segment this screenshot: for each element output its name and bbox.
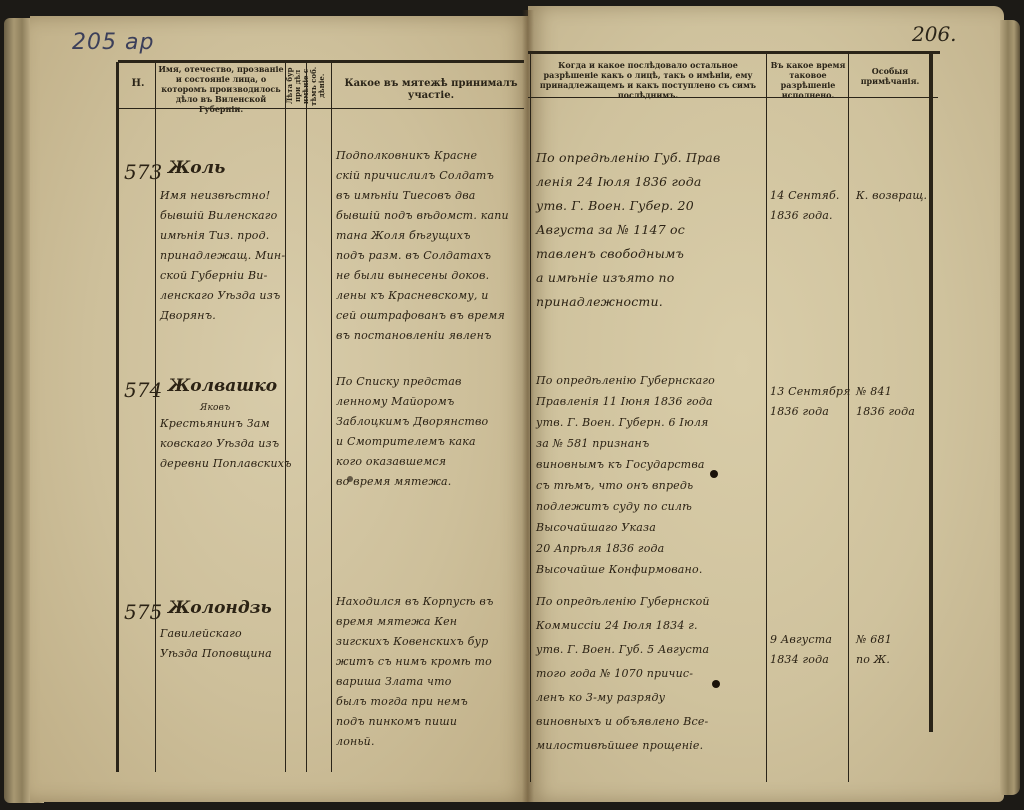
ink-stain bbox=[710, 470, 718, 478]
header-participation: Какое въ мятежѣ принималъ участіе. bbox=[334, 78, 528, 102]
header-top-rule-right bbox=[528, 51, 940, 54]
entry-executed: 13 Сентября 1836 года bbox=[770, 382, 851, 422]
column-rule-resolution bbox=[530, 52, 531, 782]
entry-executed: 9 Августа 1834 года bbox=[770, 630, 832, 670]
entry-name-details: Имя неизвѣстно! бывшій Виленскаго имѣнія… bbox=[160, 186, 285, 326]
entry-surname: Жолвашко bbox=[168, 376, 277, 396]
pencil-page-number: 205 ар bbox=[72, 30, 154, 55]
entry-surname: Жолондзь bbox=[168, 598, 272, 618]
header-resolution: Когда и какое послѣдовало остальное разр… bbox=[530, 60, 766, 100]
entry-number: 574 bbox=[124, 378, 162, 402]
column-rule-outer-left bbox=[116, 62, 119, 772]
header-number: Н. bbox=[122, 78, 154, 90]
header-top-rule-left bbox=[118, 60, 524, 63]
header-notes: Особыя примѣчанія. bbox=[850, 66, 930, 86]
entry-participation: По Списку представ ленному Майоромъ Забл… bbox=[336, 372, 488, 492]
entry-executed: 14 Сентяб. 1836 года. bbox=[770, 186, 840, 226]
header-years: Лѣта бур при дѣл имѣніе с тѣмъ соб. дѣні… bbox=[286, 64, 330, 108]
column-rule-executed bbox=[766, 52, 767, 782]
entry-notes: № 681 по Ж. bbox=[856, 630, 892, 670]
ink-stain bbox=[712, 680, 720, 688]
entry-name-details: Яковъ Крестьянинъ Зам ковскаго Уѣзда изъ… bbox=[160, 402, 292, 474]
page-number: 206. bbox=[912, 22, 957, 46]
entry-notes: № 841 1836 года bbox=[856, 382, 915, 422]
entry-participation: Подполковникъ Красне скій причислилъ Сол… bbox=[336, 146, 509, 346]
header-executed: Въ какое время таковое разрѣшеніе исполн… bbox=[768, 60, 848, 100]
book-gutter bbox=[522, 10, 534, 802]
column-rule-outer-right bbox=[929, 52, 933, 732]
header-name: Имя, отечество, прозваніе и состояніе ли… bbox=[158, 64, 284, 114]
entry-resolution: По опредѣленію Губ. Прав ленія 24 Іюля 1… bbox=[536, 146, 720, 314]
column-rule-participation bbox=[331, 62, 332, 772]
ledger-book-spread: 205 ар 206. Н. Имя, отечество, прозваніе… bbox=[0, 0, 1024, 810]
entry-resolution: По опредѣленію Губернскаго Правленія 11 … bbox=[536, 370, 715, 580]
ink-stain bbox=[347, 476, 353, 482]
entry-notes: К. возвращ. bbox=[856, 186, 927, 206]
column-rule-years2 bbox=[306, 62, 307, 772]
entry-number: 575 bbox=[124, 600, 162, 624]
entry-number: 573 bbox=[124, 160, 162, 184]
entry-name-details: Гавилейскаго Уѣзда Поповщина bbox=[160, 624, 272, 664]
entry-resolution: По опредѣленію Губернской Коммиссіи 24 І… bbox=[536, 590, 710, 758]
entry-participation: Находился въ Корпусѣ въ время мятежа Кен… bbox=[336, 592, 494, 752]
entry-surname: Жоль bbox=[168, 158, 225, 178]
right-page-edges bbox=[1000, 20, 1020, 795]
